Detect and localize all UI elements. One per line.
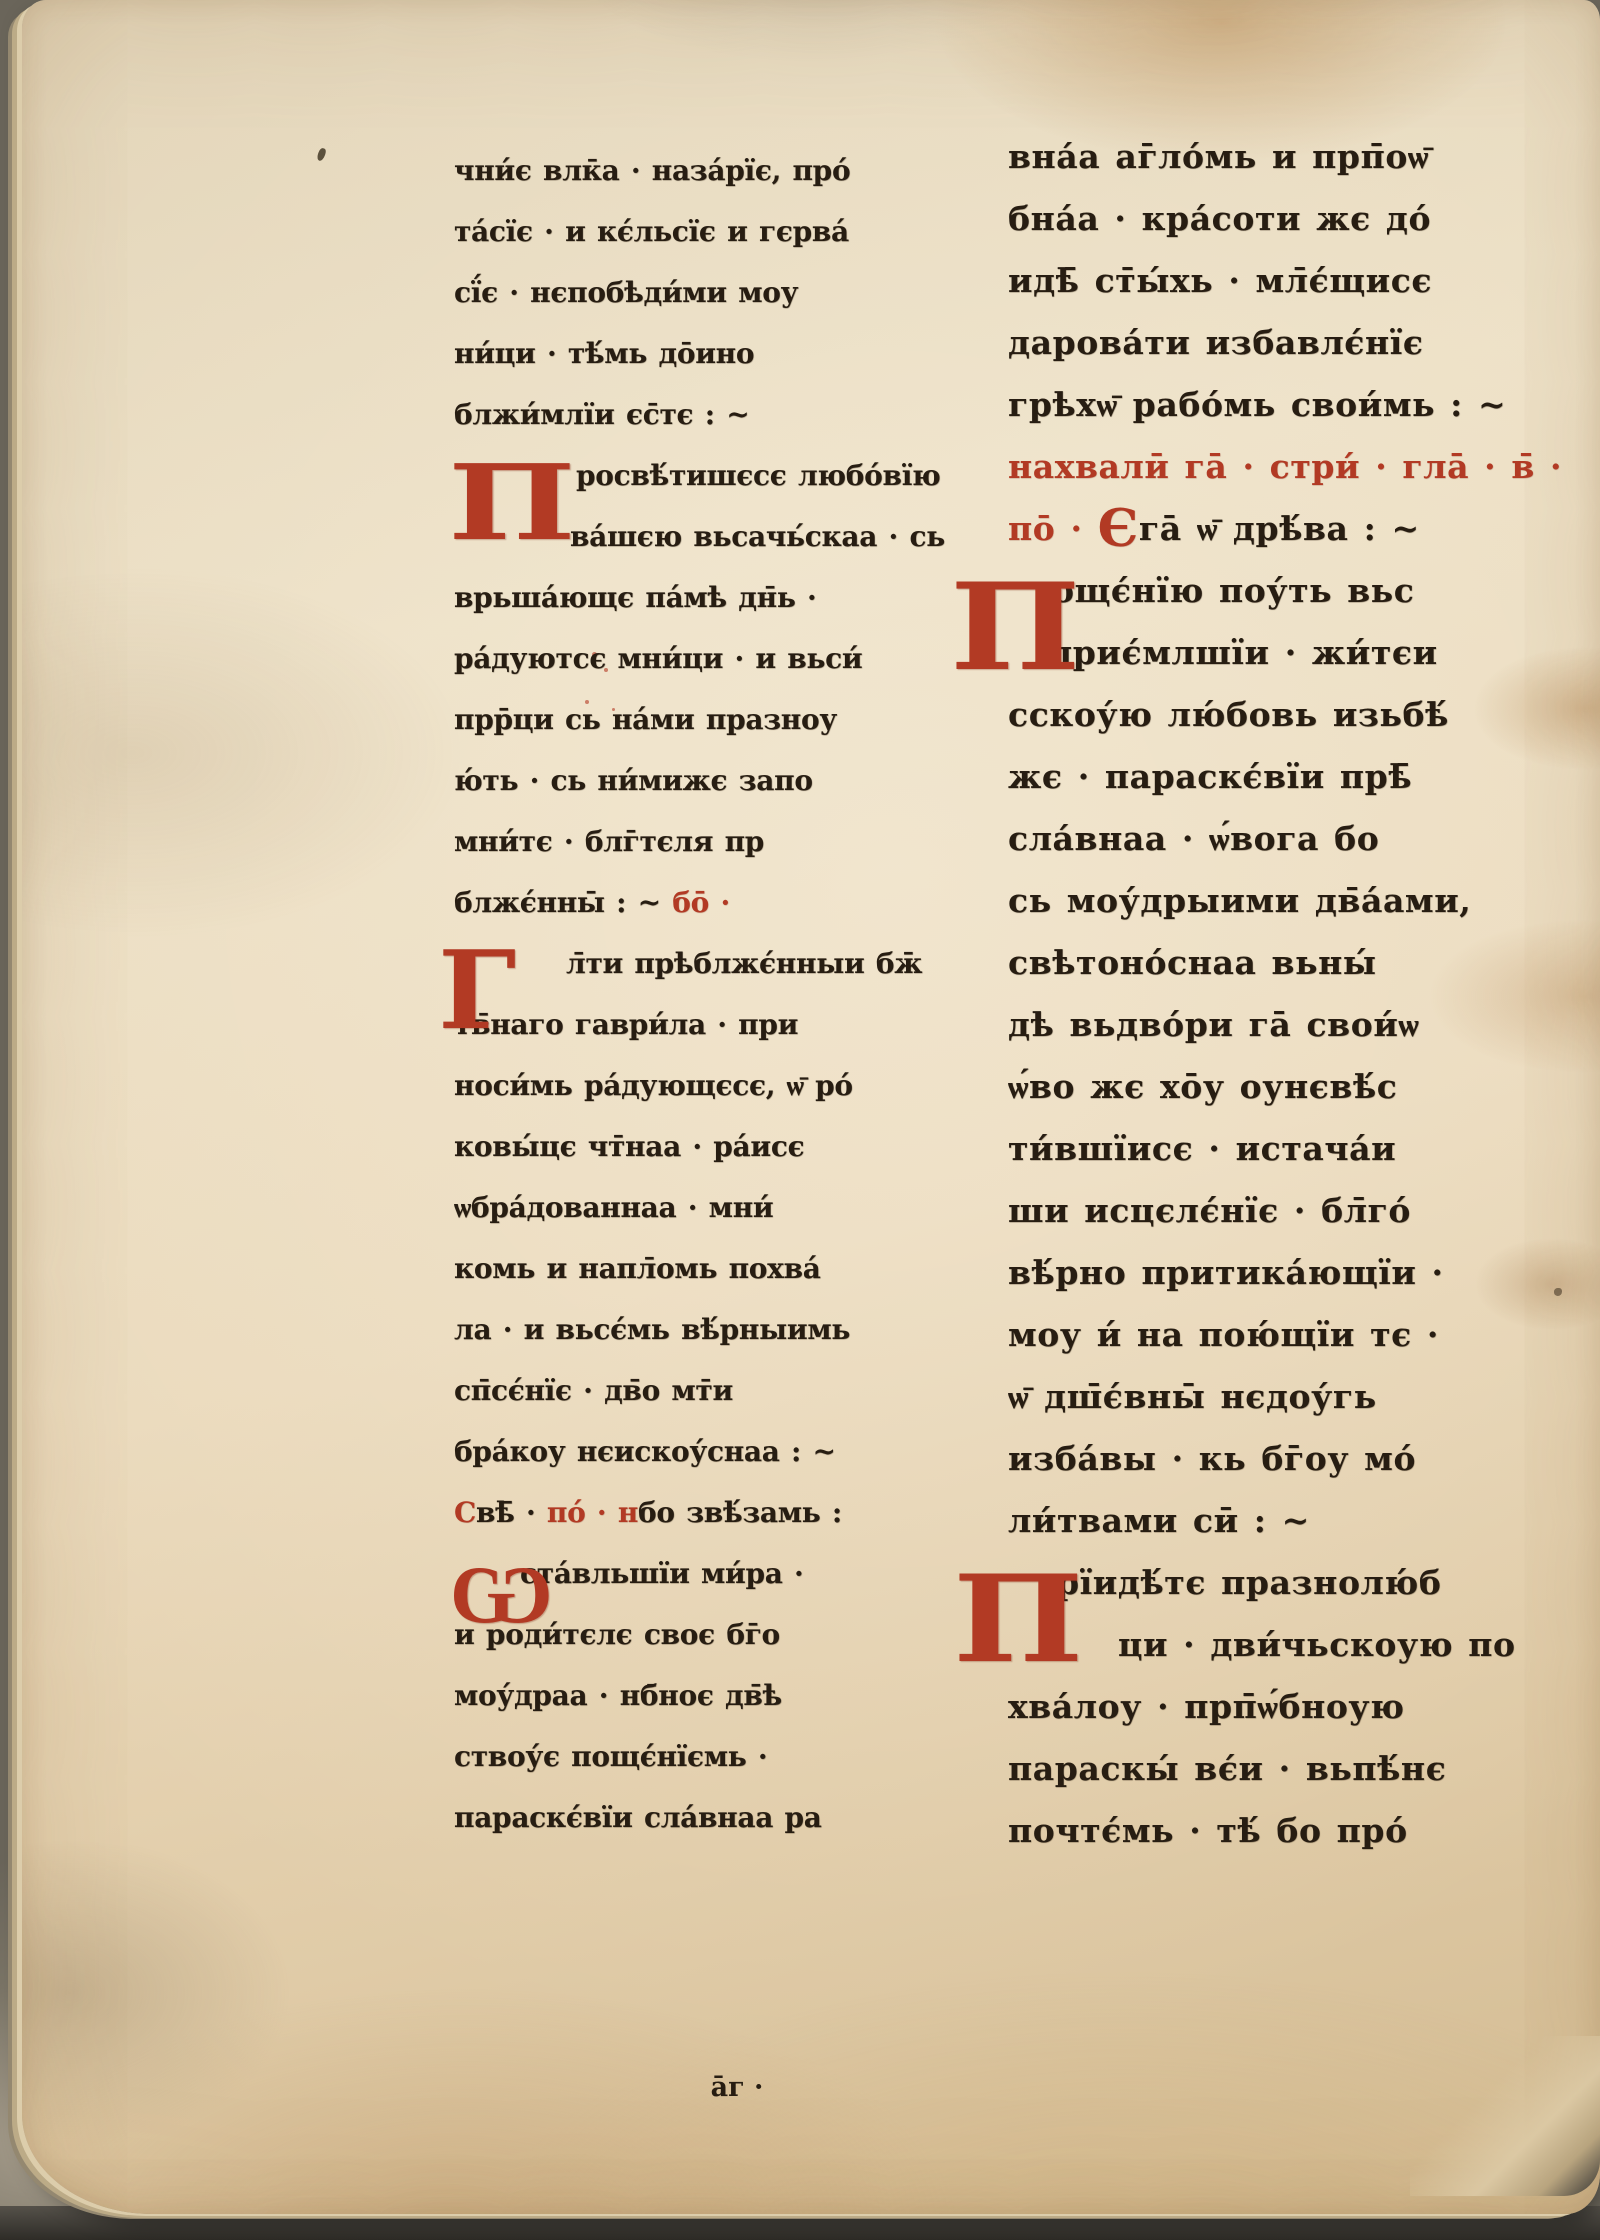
ink-text: ковы́цє чт̄наа · ра́исє bbox=[454, 1130, 804, 1163]
text-line: ла · и вьсє́мь вѣ́рныимь bbox=[454, 1299, 945, 1360]
text-column-right: вна́а аг̄ло́мь и прп̄оѡ̄бна́а · кра́соти… bbox=[1008, 126, 1562, 1862]
text-line: тв̄наго гаври́ла · при bbox=[454, 994, 945, 1055]
text-column-left: чни́є влк̄а · наза́рїє, про́та́сїє · и к… bbox=[454, 140, 945, 1848]
ink-text: идѣ̄ ст̄ы́хь · мл̄є́щисє bbox=[1008, 261, 1432, 300]
ink-text: вѣ̄ · bbox=[476, 1496, 547, 1529]
ink-text: рїидѣ́тє празнолю́б bbox=[1056, 1563, 1441, 1602]
text-line: грѣхѡ̄ рабо́мь свои́мь : ~ bbox=[1008, 374, 1562, 436]
text-line: дарова́ти избавлє́нїє bbox=[1008, 312, 1562, 374]
text-line: дѣ вьдво́ри га̄ свои́ѡ bbox=[1008, 994, 1562, 1056]
ink-text: сї́є · нєпобѣди́ми моу bbox=[454, 276, 798, 309]
ink-text: ю́ть · сь ни́мижє запо bbox=[454, 764, 813, 797]
ink-text: сь моу́дрыими дв̄а́ами, bbox=[1008, 881, 1471, 920]
ink-text: ти́вшїисє · истача́и bbox=[1008, 1129, 1396, 1168]
text-line: л̄ти прѣблжє́нныи бж̄ bbox=[454, 933, 945, 994]
text-line: вна́а аг̄ло́мь и прп̄оѡ̄ bbox=[1008, 126, 1562, 188]
text-line: моу́драа · нб̄ноє дв̄ѣ bbox=[454, 1665, 945, 1726]
manuscript-page: чни́є влк̄а · наза́рїє, про́та́сїє · и к… bbox=[22, 0, 1600, 2214]
text-line: блжє́нны̄ : ~ бо̄ · bbox=[454, 872, 945, 933]
ink-text: параскє́вїи сла́внаа ра bbox=[454, 1801, 822, 1834]
text-line: ни́ци · тѣ́мь до̄ино bbox=[454, 323, 945, 384]
ink-text: хва́лоу · прп̄ѡ́бноую bbox=[1008, 1687, 1405, 1726]
text-line: идѣ̄ ст̄ы́хь · мл̄є́щисє bbox=[1008, 250, 1562, 312]
text-line: почтє́мь · тѣ́ бо про́ bbox=[1008, 1800, 1562, 1862]
ink-text: ѡ̄ дш̄є́вны̄ нєдоу́гь bbox=[1008, 1377, 1377, 1416]
drop-cap-initial: П bbox=[950, 568, 1081, 688]
ink-text: ли́твами сӣ : ~ bbox=[1008, 1501, 1310, 1540]
text-line: параскы́ вє́и · вьпѣ́нє bbox=[1008, 1738, 1562, 1800]
text-line: рїидѣ́тє празнолю́б bbox=[1008, 1552, 1562, 1614]
text-line: ю́ть · сь ни́мижє запо bbox=[454, 750, 945, 811]
ink-text: чни́є влк̄а · наза́рїє, про́ bbox=[454, 154, 850, 187]
ink-text: жє · параскє́вїи прѣ̄ bbox=[1008, 757, 1412, 796]
ink-text: изба́вы · кь бг̄оу мо́ bbox=[1008, 1439, 1416, 1478]
ink-text: моу́драа · нб̄ноє дв̄ѣ bbox=[454, 1679, 782, 1712]
drop-cap-initial: П bbox=[448, 451, 575, 555]
rubric-text: по́ · bbox=[547, 1496, 618, 1529]
text-line: по̄ · Єга̄ ѡ̄ дрѣ́ва : ~ bbox=[1008, 498, 1562, 560]
ink-text: дарова́ти избавлє́нїє bbox=[1008, 323, 1424, 362]
text-line: ѡ̄ дш̄є́вны̄ нєдоу́гь bbox=[1008, 1366, 1562, 1428]
rubric-text: по̄ · bbox=[1008, 509, 1098, 548]
ink-text: та́сїє · и кє́льсїє и гєрва́ bbox=[454, 215, 849, 248]
page-corner-curl bbox=[1410, 2036, 1600, 2196]
text-line: чни́є влк̄а · наза́рїє, про́ bbox=[454, 140, 945, 201]
drop-cap-initial: П bbox=[953, 1560, 1084, 1680]
ink-text: росвѣ́тишєсє любо́вїю bbox=[576, 459, 940, 492]
ink-text: носи́мь ра́дующєсє, ѡ̄ ро́ bbox=[454, 1069, 853, 1102]
ink-text: приє́млшїи · жи́тєи bbox=[1048, 633, 1438, 672]
rubric-text: нахвалӣ га̄ · стри́ · гла̄ · в̄ · bbox=[1008, 447, 1562, 486]
ink-text: почтє́мь · тѣ́ бо про́ bbox=[1008, 1811, 1408, 1850]
ink-text: свѣтоно́снаа вьны́ bbox=[1008, 943, 1377, 982]
ink-text: ра́дуютсє мни́ци · и вьси́ bbox=[454, 642, 862, 675]
text-line: ствоу́є пощє́нїємь · bbox=[454, 1726, 945, 1787]
ink-text: сскоу́ю лю́бовь изьбѣ́ bbox=[1008, 695, 1449, 734]
rubric-text: Є bbox=[1098, 499, 1139, 559]
text-line: бра́коу нєискоу́снаа : ~ bbox=[454, 1421, 945, 1482]
ink-text: ста́вльшїи ми́ра · bbox=[520, 1557, 804, 1590]
text-line: параскє́вїи сла́внаа ра bbox=[454, 1787, 945, 1848]
text-line: моу и́ на пою́щїи тє · bbox=[1008, 1304, 1562, 1366]
text-line: сї́є · нєпобѣди́ми моу bbox=[454, 262, 945, 323]
ink-text: грѣхѡ̄ рабо́мь свои́мь : ~ bbox=[1008, 385, 1506, 424]
text-line: ѡ́во жє хо̄у оунєвѣ́с bbox=[1008, 1056, 1562, 1118]
ink-text: дѣ вьдво́ри га̄ свои́ѡ bbox=[1008, 1005, 1419, 1044]
ink-text: вѣ́рно притика́ющїи · bbox=[1008, 1253, 1444, 1292]
text-line: бна́а · кра́соти жє до́ bbox=[1008, 188, 1562, 250]
ink-text: ѡбра́дованнаа · мни́ bbox=[454, 1191, 773, 1224]
ink-text: ци · дви́чьскоую по bbox=[1118, 1625, 1516, 1664]
ink-text: ши исцєлє́нїє · бл̄го́ bbox=[1008, 1191, 1411, 1230]
photo-background: чни́є влк̄а · наза́рїє, про́та́сїє · и к… bbox=[0, 0, 1600, 2240]
quire-signature: а̄г · bbox=[677, 2072, 797, 2103]
ink-text: бра́коу нєискоу́снаа : ~ bbox=[454, 1435, 836, 1468]
ink-text: комь и напл̄омь похва́ bbox=[454, 1252, 821, 1285]
text-line: сскоу́ю лю́бовь изьбѣ́ bbox=[1008, 684, 1562, 746]
text-line: сь моу́дрыими дв̄а́ами, bbox=[1008, 870, 1562, 932]
text-line: ти́вшїисє · истача́и bbox=[1008, 1118, 1562, 1180]
text-line: мни́тє · блг̄тєля пр bbox=[454, 811, 945, 872]
text-line: сп̄сє́нїє · дв̄о мт̄и bbox=[454, 1360, 945, 1421]
ink-text: ва́шєю вьсачь́скаа · сь bbox=[570, 520, 945, 553]
text-line: Свѣ̄ · по́ · нбо звѣ́замь : bbox=[454, 1482, 945, 1543]
rubric-text: С bbox=[454, 1496, 476, 1529]
ink-text: прр̄ци сь на́ми празноу bbox=[454, 703, 837, 736]
drop-cap-initial: Ѡ bbox=[450, 1553, 552, 1635]
text-line: вѣ́рно притика́ющїи · bbox=[1008, 1242, 1562, 1304]
ink-text: ѡ́во жє хо̄у оунєвѣ́с bbox=[1008, 1067, 1397, 1106]
text-line: ковы́цє чт̄наа · ра́исє bbox=[454, 1116, 945, 1177]
text-line: врьша́ющє па́мѣ дн̄ь · bbox=[454, 567, 945, 628]
ink-text: вна́а аг̄ло́мь и прп̄оѡ̄ bbox=[1008, 137, 1429, 176]
text-line: ци · дви́чьскоую по bbox=[1008, 1614, 1562, 1676]
ink-fleck bbox=[316, 147, 327, 162]
ink-text: ла · и вьсє́мь вѣ́рныимь bbox=[454, 1313, 850, 1346]
ink-text: блжи́млїи єс̄тє : ~ bbox=[454, 398, 749, 431]
ink-text: мни́тє · блг̄тєля пр bbox=[454, 825, 764, 858]
text-line: ѡбра́дованнаа · мни́ bbox=[454, 1177, 945, 1238]
text-line: ра́дуютсє мни́ци · и вьси́ bbox=[454, 628, 945, 689]
text-line: та́сїє · и кє́льсїє и гєрва́ bbox=[454, 201, 945, 262]
ink-text: сла́внаа · ѡ́вога бо bbox=[1008, 819, 1379, 858]
ink-text: параскы́ вє́и · вьпѣ́нє bbox=[1008, 1749, 1446, 1788]
text-line: ощє́нїю поу́ть вьс bbox=[1008, 560, 1562, 622]
text-line: блжи́млїи єс̄тє : ~ bbox=[454, 384, 945, 445]
ink-text: моу и́ на пою́щїи тє · bbox=[1008, 1315, 1439, 1354]
text-line: приє́млшїи · жи́тєи bbox=[1008, 622, 1562, 684]
text-line: ли́твами сӣ : ~ bbox=[1008, 1490, 1562, 1552]
rubric-text: н bbox=[618, 1496, 638, 1529]
ink-text: ни́ци · тѣ́мь до̄ино bbox=[454, 337, 754, 370]
ink-text: врьша́ющє па́мѣ дн̄ь · bbox=[454, 581, 816, 614]
quire-signature-label: а̄г · bbox=[711, 2072, 764, 2103]
ink-text: бна́а · кра́соти жє до́ bbox=[1008, 199, 1431, 238]
text-line: комь и напл̄омь похва́ bbox=[454, 1238, 945, 1299]
text-line: сла́внаа · ѡ́вога бо bbox=[1008, 808, 1562, 870]
ink-text: бо звѣ́замь : bbox=[638, 1496, 842, 1529]
ink-text: ощє́нїю поу́ть вьс bbox=[1052, 571, 1414, 610]
ink-text: га̄ ѡ̄ дрѣ́ва : ~ bbox=[1139, 509, 1420, 548]
text-line: носи́мь ра́дующєсє, ѡ̄ ро́ bbox=[454, 1055, 945, 1116]
rubric-text: бо̄ · bbox=[672, 886, 730, 919]
text-line: нахвалӣ га̄ · стри́ · гла̄ · в̄ · bbox=[1008, 436, 1562, 498]
text-line: изба́вы · кь бг̄оу мо́ bbox=[1008, 1428, 1562, 1490]
text-line: прр̄ци сь на́ми празноу bbox=[454, 689, 945, 750]
text-line: хва́лоу · прп̄ѡ́бноую bbox=[1008, 1676, 1562, 1738]
drop-cap-initial: Г bbox=[438, 937, 516, 1045]
text-line: свѣтоно́снаа вьны́ bbox=[1008, 932, 1562, 994]
ink-text: ствоу́є пощє́нїємь · bbox=[454, 1740, 767, 1773]
text-line: ши исцєлє́нїє · бл̄го́ bbox=[1008, 1180, 1562, 1242]
ink-text: блжє́нны̄ : ~ bbox=[454, 886, 672, 919]
ink-text: сп̄сє́нїє · дв̄о мт̄и bbox=[454, 1374, 733, 1407]
ink-text: л̄ти прѣблжє́нныи бж̄ bbox=[566, 947, 922, 980]
text-line: жє · параскє́вїи прѣ̄ bbox=[1008, 746, 1562, 808]
